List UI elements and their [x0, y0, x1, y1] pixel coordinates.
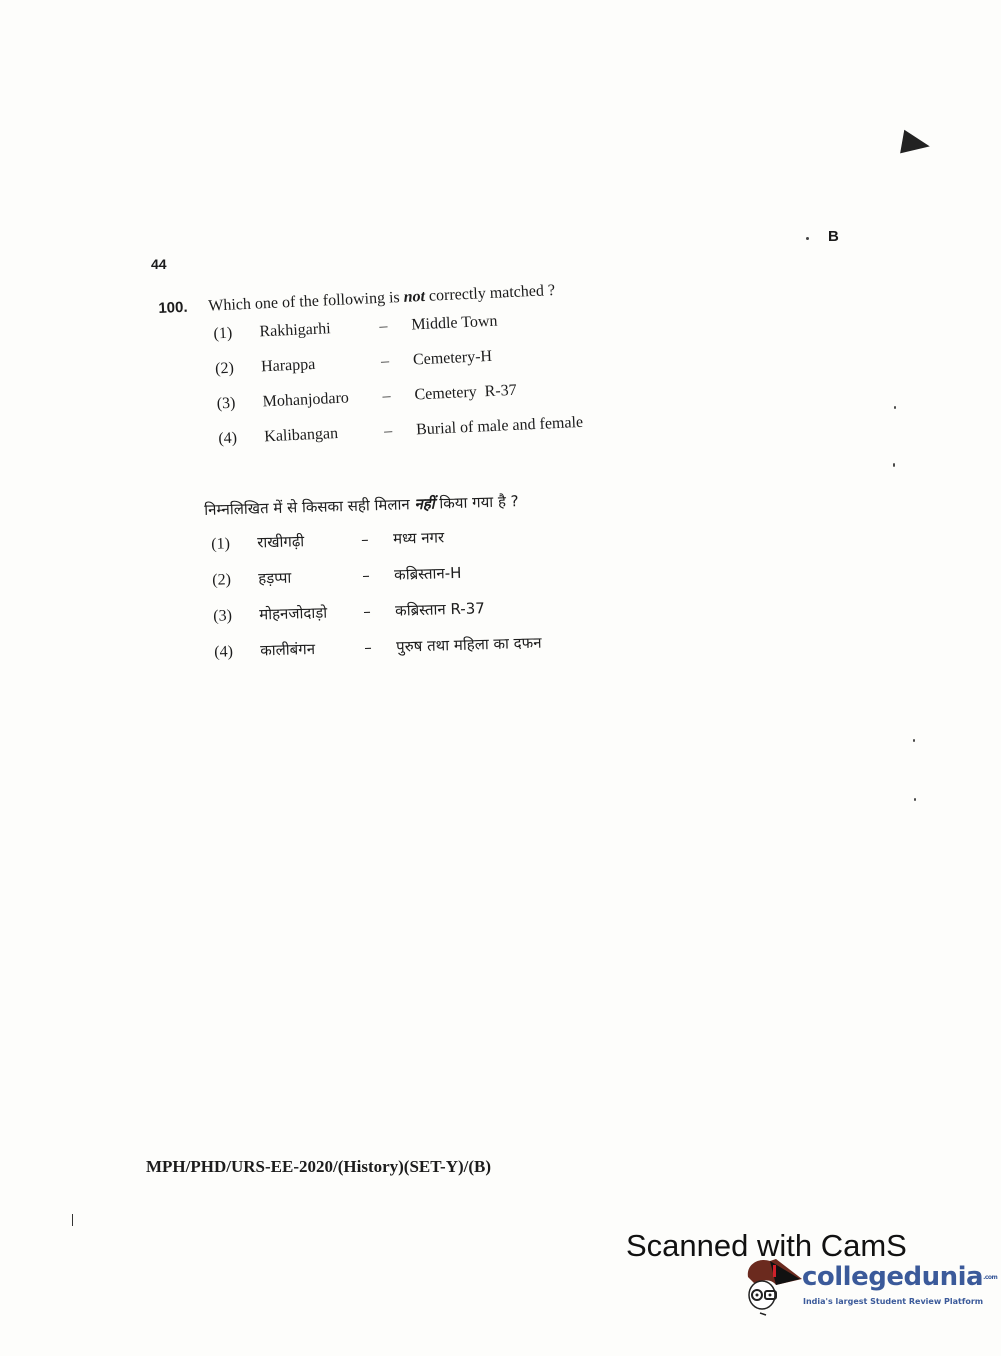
option-number: (2)	[212, 571, 258, 590]
question-number: 100.	[158, 298, 209, 317]
speck-dot	[893, 463, 895, 467]
collegedunia-mascot-icon	[742, 1255, 804, 1317]
options-list-hindi: (1) राखीगढ़ी – मध्य नगर (2) हड़प्पा – कब…	[211, 522, 649, 678]
option-match: Middle Town	[411, 313, 498, 335]
option-match: Cemetery R-37	[414, 382, 517, 405]
option-dash: –	[361, 530, 393, 549]
option-dash: –	[364, 638, 396, 657]
option-number: (1)	[213, 323, 260, 343]
option-number: (3)	[216, 393, 263, 413]
margin-tick	[72, 1214, 73, 1226]
option-number: (4)	[218, 428, 265, 448]
collegedunia-tagline: India's largest Student Review Platform	[803, 1297, 983, 1306]
option-match: मध्य नगर	[393, 527, 445, 548]
option-match: Cemetery-H	[413, 348, 493, 370]
option-match: कब्रिस्तान R-37	[395, 598, 485, 620]
option-dash: –	[384, 421, 417, 440]
speck-dot	[894, 406, 896, 409]
collegedunia-logo: collegedunia.com	[802, 1262, 997, 1292]
option-site: कालीबंगन	[260, 638, 365, 661]
option-dash: –	[381, 352, 414, 371]
option-number: (3)	[213, 607, 259, 626]
option-dash: –	[379, 317, 412, 336]
option-number: (1)	[211, 535, 257, 554]
speck-dot	[914, 798, 916, 801]
option-site: हड़प्पा	[258, 566, 363, 589]
page-corner-flag-mark	[900, 130, 932, 158]
option-number: (2)	[215, 358, 262, 378]
option-dash: –	[363, 602, 395, 621]
option-dash: –	[362, 566, 394, 585]
option-dash: –	[382, 386, 415, 405]
page-number: 44	[151, 256, 167, 272]
speck-dot	[913, 739, 915, 742]
emphasis-nahi: नहीं	[414, 495, 435, 514]
set-mark: B	[828, 228, 839, 245]
emphasis-not: not	[403, 288, 425, 306]
question-english: 100. Which one of the following is not c…	[158, 279, 625, 468]
option-site: Rakhigarhi	[259, 318, 380, 341]
option-site: मोहनजोदाड़ो	[259, 602, 364, 625]
speck-dot	[806, 237, 809, 240]
question-text-hindi: निम्नलिखित में से किसका सही मिलान नहीं क…	[204, 488, 644, 520]
options-list: (1) Rakhigarhi – Middle Town (2) Harappa…	[213, 307, 625, 465]
option-number: (4)	[214, 642, 260, 661]
option-match: कब्रिस्तान-H	[394, 563, 462, 585]
exam-code-footer: MPH/PHD/URS-EE-2020/(History)(SET-Y)/(B)	[146, 1157, 491, 1177]
option-site: राखीगढ़ी	[257, 530, 362, 553]
question-hindi: निम्नलिखित में से किसका सही मिलान नहीं क…	[204, 488, 649, 678]
option-match: पुरुष तथा महिला का दफन	[396, 633, 542, 657]
question-text: Which one of the following is not correc…	[208, 282, 555, 316]
